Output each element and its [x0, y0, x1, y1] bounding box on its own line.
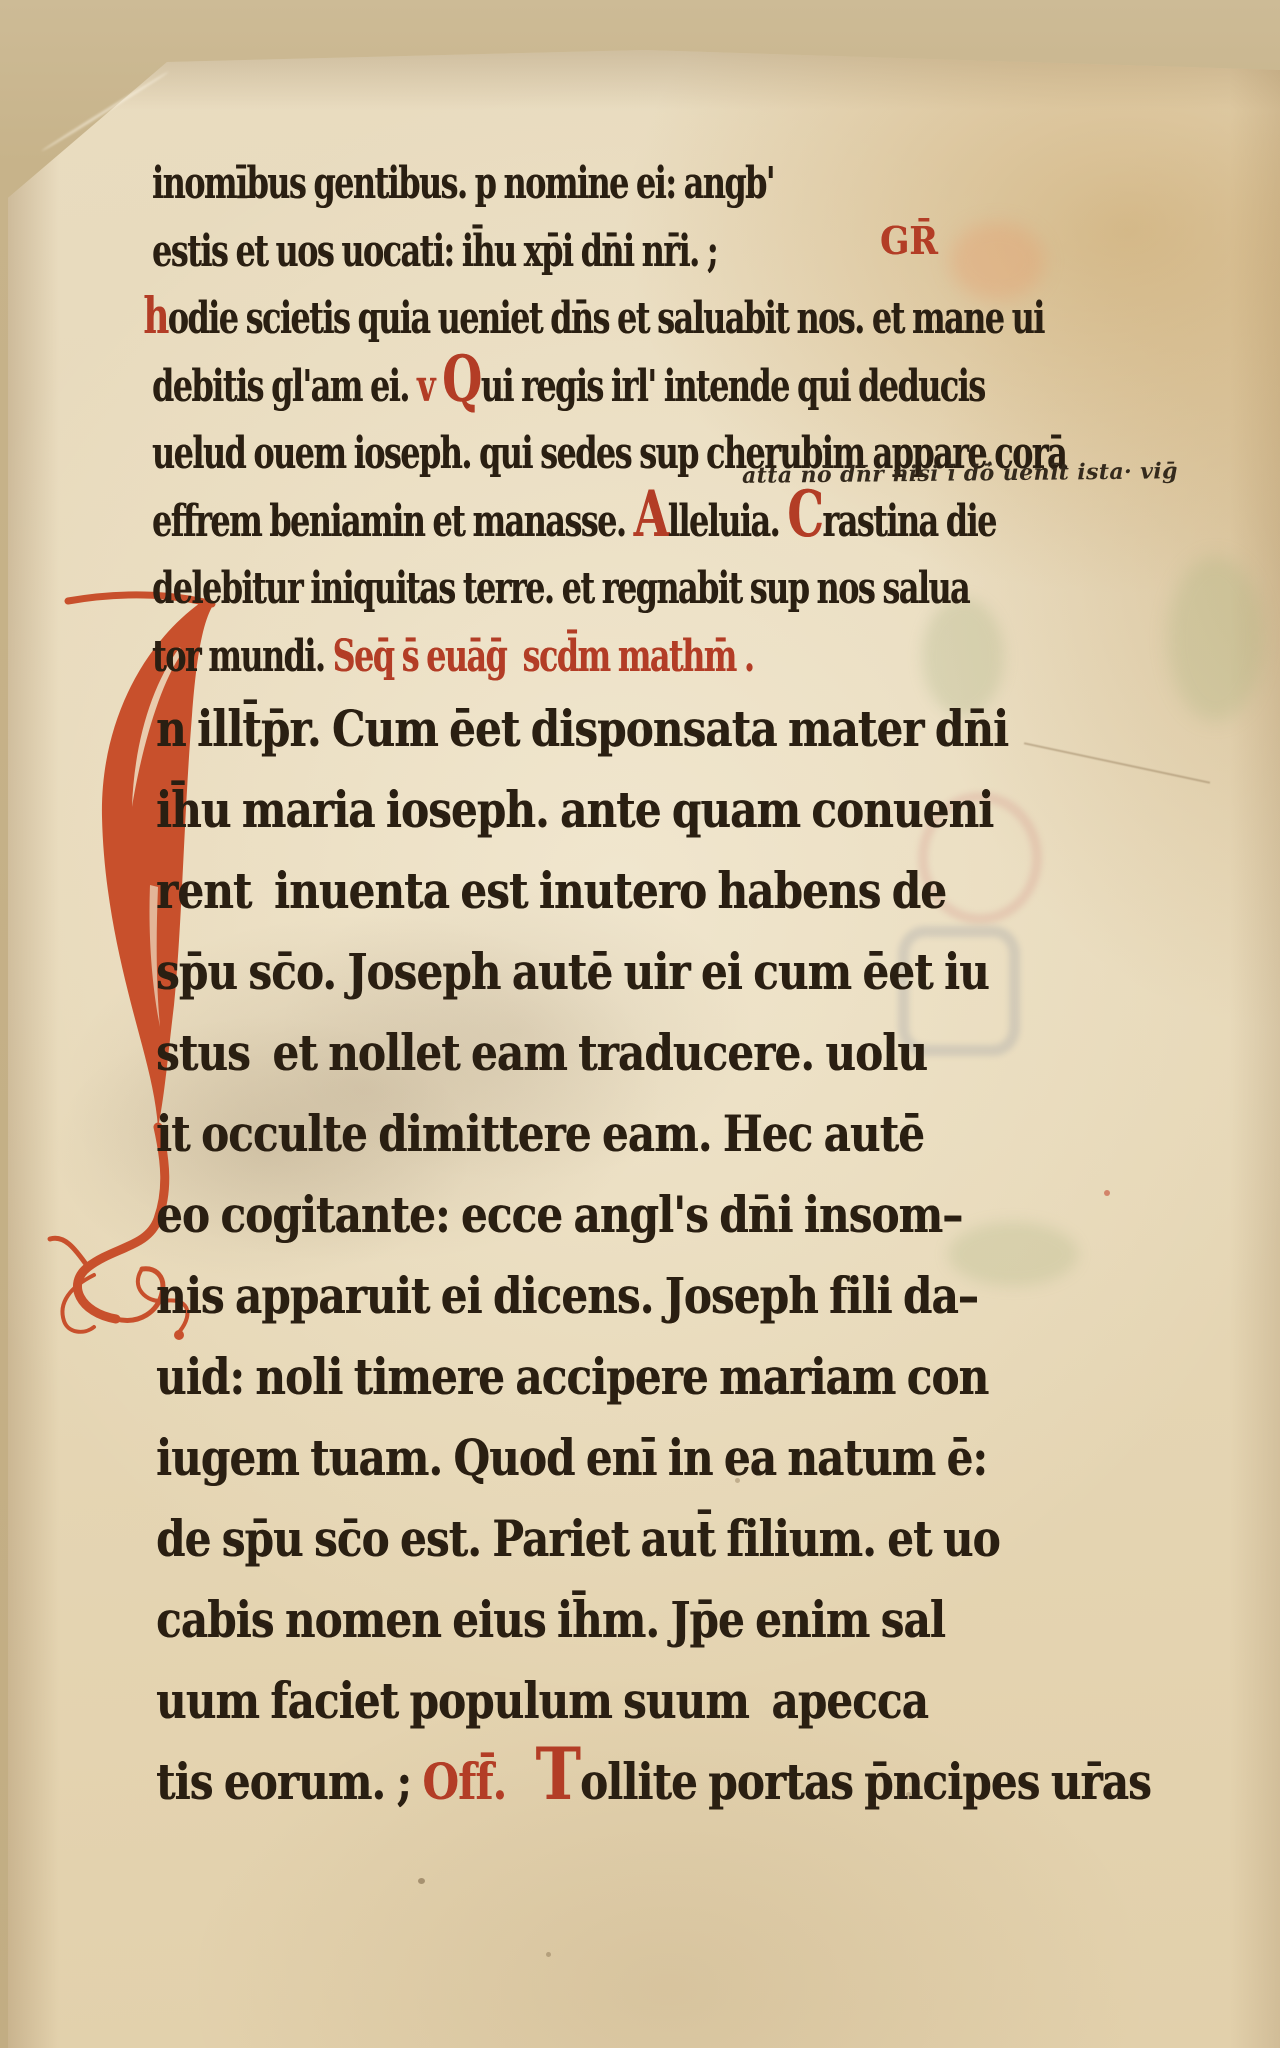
manuscript-page: inomībus gentibus. p nomine ei: angb'est…: [0, 0, 1280, 2048]
text-line: debitis gl'am ei. v Qui regis irl' inten…: [152, 353, 1066, 421]
text-segment: uid: noli timere accipere mariam con: [156, 1347, 988, 1406]
text-segment: ih̄u maria ioseph. ante quam conueni: [156, 780, 993, 839]
text-line: delebitur iniquitas terre. et regnabit s…: [152, 555, 1066, 623]
text-line: effrem beniamin et manasse. Alleluia. Cr…: [152, 488, 1066, 556]
rubric-segment: v: [417, 361, 442, 412]
text-segment: effrem beniamin et manasse.: [152, 496, 634, 547]
text-line: it occulte dimittere eam. Hec autē: [156, 1093, 1151, 1174]
text-line: stus et nollet eam traducere. uolu: [156, 1012, 1151, 1093]
text-line: tis eorum. ; Off̄. Tollite portas p̄ncip…: [156, 1741, 1151, 1822]
text-segment: nis apparuit ei dicens. Joseph fili da–: [156, 1266, 978, 1325]
rubric-segment: h: [143, 287, 167, 345]
text-segment: sp̄u sc̄o. Joseph autē uir ei cum ēet iu: [156, 942, 989, 1001]
text-line: iugem tuam. Quod enī in ea natum ē:: [156, 1417, 1151, 1498]
text-segment: inomībus gentibus. p nomine ei: angb': [152, 158, 774, 209]
rubric-segment: T: [518, 1732, 580, 1817]
text-segment: uum faciet populum suum apecca: [156, 1671, 928, 1730]
text-segment: lleluia.: [668, 496, 788, 547]
text-segment: tor mundi.: [152, 631, 333, 682]
text-segment: n illt̄p̄r. Cum ēet disponsata mater dn̄…: [156, 699, 1008, 758]
text-segment: odie scietis quia ueniet dn̄s et saluabi…: [168, 293, 1044, 344]
text-line: n illt̄p̄r. Cum ēet disponsata mater dn̄…: [156, 688, 1151, 769]
text-segment: rent inuenta est inutero habens de: [156, 861, 946, 920]
text-segment: estis et uos uocati: ih̄u xp̄i dn̄i nr̄i…: [152, 226, 717, 277]
text-line: hodie scietis quia ueniet dn̄s et saluab…: [152, 285, 1066, 353]
rubric-segment: A: [634, 477, 668, 552]
text-segment: ui regis irl' intende qui deducis: [481, 361, 985, 412]
text-segment: it occulte dimittere eam. Hec autē: [156, 1104, 924, 1163]
text-line: inomībus gentibus. p nomine ei: angb': [152, 150, 1066, 218]
text-line: ih̄u maria ioseph. ante quam conueni: [156, 769, 1151, 850]
text-segment: ollite portas p̄ncipes ur̄as: [580, 1752, 1151, 1811]
text-line: sp̄u sc̄o. Joseph autē uir ei cum ēet iu: [156, 931, 1151, 1012]
text-line: eo cogitante: ecce angl's dn̄i insom–: [156, 1174, 1151, 1255]
text-segment: cabis nomen eius ih̄m. Jp̄e enim sal: [156, 1590, 945, 1649]
text-segment: iugem tuam. Quod enī in ea natum ē:: [156, 1428, 987, 1487]
rubric-segment: Q: [442, 342, 481, 417]
text-line: de sp̄u sc̄o est. Pariet aut̄ filium. et…: [156, 1498, 1151, 1579]
text-line: uum faciet populum suum apecca: [156, 1660, 1151, 1741]
rubric-segment: Seq̄ s̄ euāḡ scd̄m mathm̄ .: [333, 631, 754, 682]
gradual-abbreviation: GR̄: [880, 218, 938, 263]
rubric-segment: Off̄.: [422, 1752, 517, 1811]
text-line: rent inuenta est inutero habens de: [156, 850, 1151, 931]
text-segment: stus et nollet eam traducere. uolu: [156, 1023, 927, 1082]
text-segment: eo cogitante: ecce angl's dn̄i insom–: [156, 1185, 962, 1244]
text-line: nis apparuit ei dicens. Joseph fili da–: [156, 1255, 1151, 1336]
text-segment: tis eorum. ;: [156, 1752, 422, 1811]
text-segment: delebitur iniquitas terre. et regnabit s…: [152, 563, 969, 614]
text-line: cabis nomen eius ih̄m. Jp̄e enim sal: [156, 1579, 1151, 1660]
gospel-text-block: n illt̄p̄r. Cum ēet disponsata mater dn̄…: [156, 688, 1151, 1822]
text-segment: de sp̄u sc̄o est. Pariet aut̄ filium. et…: [156, 1509, 1000, 1568]
text-segment: rastina die: [822, 496, 995, 547]
text-segment: debitis gl'am ei.: [152, 361, 417, 412]
text-line: tor mundi. Seq̄ s̄ euāḡ scd̄m mathm̄ .: [152, 623, 1066, 691]
text-line: uid: noli timere accipere mariam con: [156, 1336, 1151, 1417]
